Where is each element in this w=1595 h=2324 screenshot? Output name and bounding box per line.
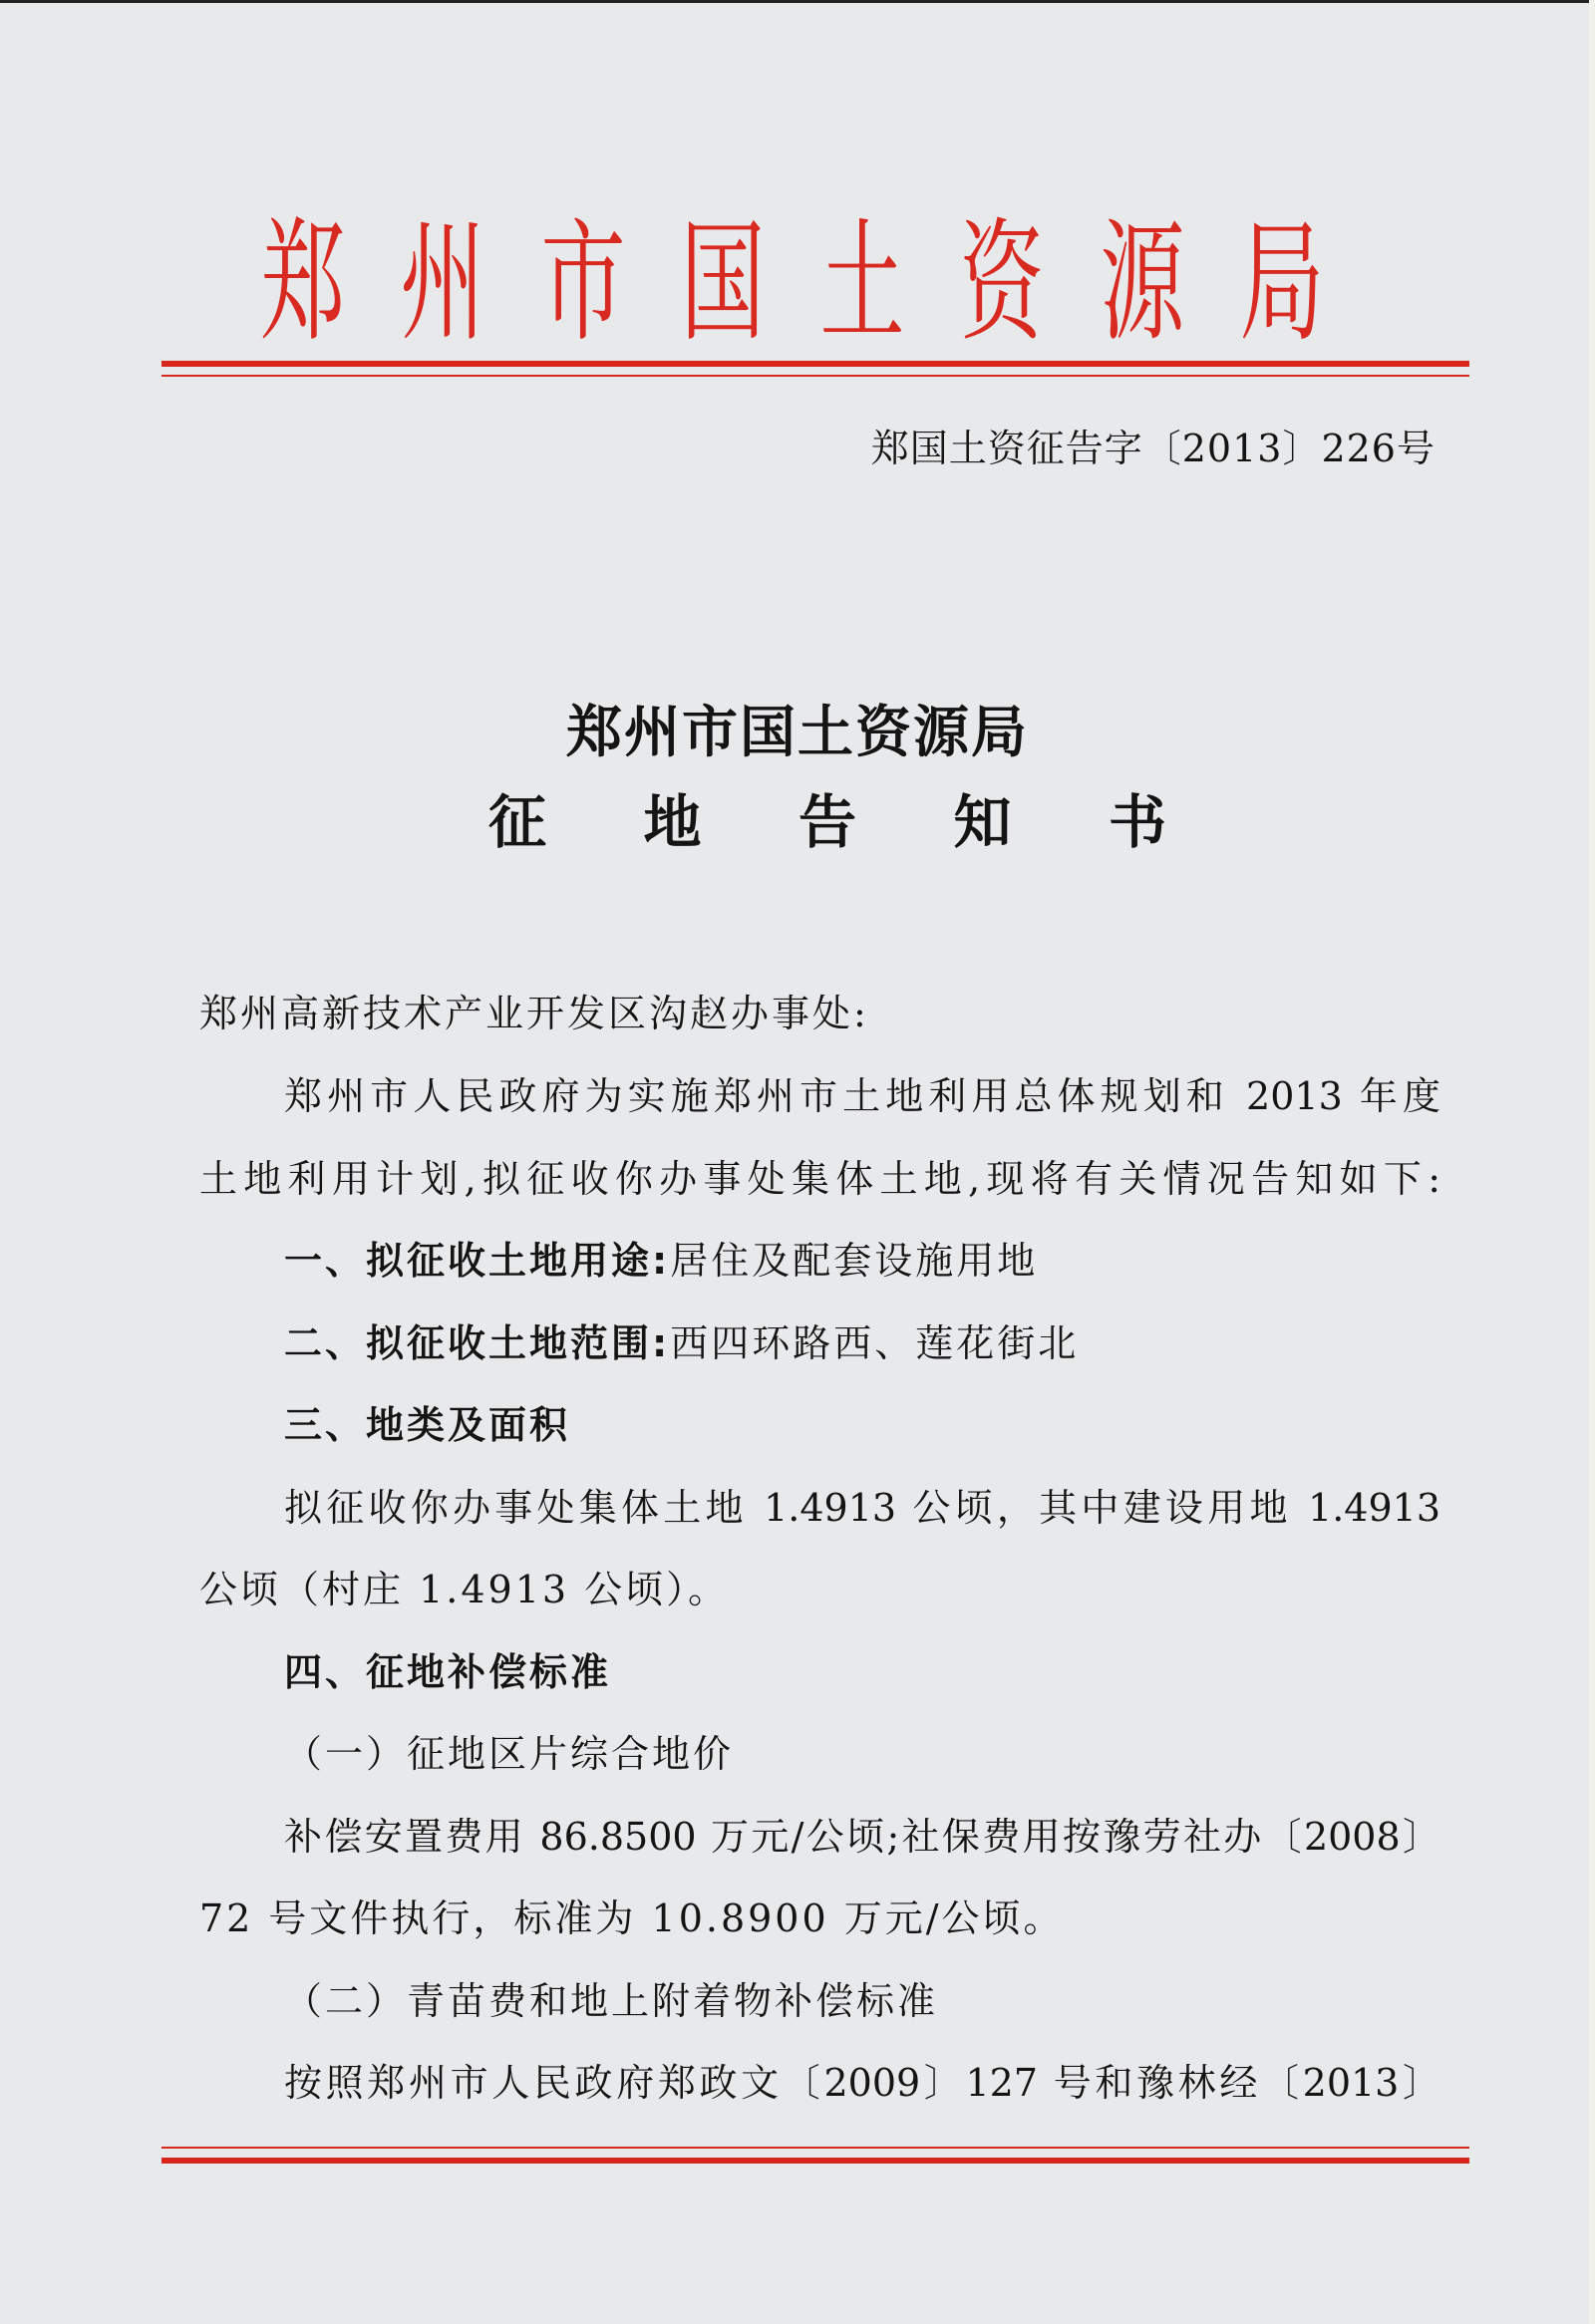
scan-top-edge [0,0,1595,3]
section-heading: 三、地类及面积 [284,1400,1440,1450]
letterhead-char: 州 [401,204,485,361]
letterhead-char: 市 [540,204,625,361]
letterhead-org-name: 郑 州 市 国 土 资 源 局 [150,204,1445,361]
scan-right-edge [1589,0,1595,2324]
header-rule-thick [161,361,1469,367]
title-char: 告 [798,787,856,857]
footer-rule-thick [161,2158,1469,2164]
section-heading: 四、征地补偿标准 [284,1647,1440,1697]
footer-rule-thin [161,2147,1469,2149]
document-title-type: 征 地 告 知 书 [488,787,1166,857]
item-label: 二、拟征收土地范围: [284,1321,670,1365]
subsection-heading: （二）青苗费和地上附着物补偿标准 [284,1976,1440,2026]
item-value: 居住及配套设施用地 [670,1239,1038,1283]
intro-line: 郑州市人民政府为实施郑州市土地利用总体规划和 2013 年度 [284,1071,1440,1121]
document-number: 郑国土资征告字〔2013〕226号 [871,424,1435,473]
intro-line: 土地利用计划,拟征收你办事处集体土地,现将有关情况告知如下: [199,1154,1440,1204]
title-char: 知 [953,787,1011,857]
paragraph-line: 拟征收你办事处集体土地 1.4913 公顷，其中建设用地 1.4913 [284,1483,1440,1533]
title-char: 征 [488,787,546,857]
letterhead-char: 郑 [261,204,346,361]
letterhead-char: 资 [960,204,1045,361]
title-char: 书 [1109,787,1166,857]
addressee: 郑州高新技术产业开发区沟赵办事处: [199,989,1440,1038]
paragraph-line: 公顷（村庄 1.4913 公顷）。 [199,1565,1440,1614]
document-title-org: 郑州市国土资源局 [0,698,1595,767]
letterhead-char: 土 [820,204,905,361]
paragraph-line: 按照郑州市人民政府郑政文〔2009〕127 号和豫林经〔2013〕 [284,2058,1440,2108]
subsection-heading: （一）征地区片综合地价 [284,1729,1440,1779]
header-rule-thin [161,375,1469,377]
item-land-use: 一、拟征收土地用途:居住及配套设施用地 [284,1236,1440,1286]
item-value: 西四环路西、莲花街北 [670,1321,1079,1365]
paragraph-line: 补偿安置费用 86.8500 万元/公顷;社保费用按豫劳社办〔2008〕 [284,1812,1440,1862]
item-label: 一、拟征收土地用途: [284,1239,670,1283]
item-land-scope: 二、拟征收土地范围:西四环路西、莲花街北 [284,1318,1440,1368]
letterhead-char: 源 [1100,204,1184,361]
paragraph-line: 72 号文件执行，标准为 10.8900 万元/公顷。 [199,1893,1440,1943]
title-char: 地 [643,787,701,857]
letterhead-char: 局 [1239,204,1324,361]
letterhead-char: 国 [680,204,765,361]
